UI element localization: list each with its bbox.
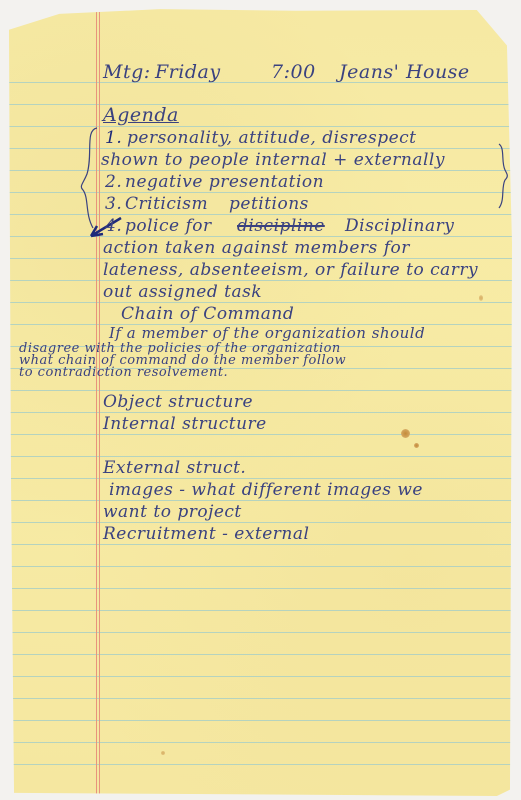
external-project-line: want to project: [103, 504, 242, 521]
ruled-line: [9, 742, 512, 743]
ruled-line: [9, 258, 512, 259]
ruled-line: [9, 698, 512, 699]
ruled-line: [9, 456, 512, 457]
ruled-line: [9, 412, 512, 413]
ruled-line: [9, 522, 512, 523]
agenda-item-4-struck-word: discipline: [237, 218, 325, 235]
ruled-line: [9, 236, 512, 237]
ruled-line: [9, 104, 512, 105]
agenda-item-3-number: 3.: [105, 196, 122, 213]
agenda-item-3-text-b: petitions: [229, 196, 309, 213]
object-structure: Object structure: [103, 394, 253, 411]
ruled-line: [9, 302, 512, 303]
agenda-item-4-text: police for: [125, 218, 212, 235]
stain: [414, 443, 419, 448]
ruled-line: [9, 654, 512, 655]
ruled-line: [9, 544, 512, 545]
ruled-line: [9, 566, 512, 567]
agenda-item-1-text: personality, attitude, disrespect: [127, 130, 417, 147]
agenda-item-2-text: negative presentation: [125, 174, 324, 191]
meeting-label: Mtg:: [103, 63, 151, 82]
ruled-line: [9, 434, 512, 435]
external-structure-heading: External struct.: [103, 460, 246, 477]
chain-of-command-heading: Chain of Command: [121, 306, 294, 323]
external-images-line: images - what different images we: [109, 482, 423, 499]
ruled-line: [9, 764, 512, 765]
ruled-line: [9, 632, 512, 633]
ruled-line: [9, 720, 512, 721]
agenda-item-4-line-4: out assigned task: [103, 284, 262, 301]
agenda-item-4-line-3: lateness, absenteeism, or failure to car…: [103, 262, 478, 279]
agenda-item-4-number: 4.: [105, 218, 122, 235]
chain-of-command-line-1: If a member of the organization should: [109, 326, 425, 341]
chain-of-command-line-4: to contradiction resolvement.: [19, 366, 228, 379]
ruled-line: [9, 390, 512, 391]
ruled-line: [9, 478, 512, 479]
stain: [479, 295, 483, 301]
ruled-line: [9, 500, 512, 501]
meeting-time: 7:00: [271, 63, 316, 82]
meeting-location: Jeans' House: [339, 63, 470, 82]
internal-structure: Internal structure: [103, 416, 267, 433]
meeting-day: Friday: [155, 63, 221, 82]
right-brace-mark: [497, 142, 511, 212]
agenda-item-2-number: 2.: [105, 174, 122, 191]
agenda-item-1-text-cont: shown to people internal + externally: [101, 152, 445, 169]
legal-pad-page: Mtg: Friday 7:00 Jeans' House Agenda 1. …: [9, 6, 512, 796]
agenda-item-4-text-c: Disciplinary: [345, 218, 454, 235]
agenda-item-3-text: Criticism: [125, 196, 208, 213]
ruled-line: [9, 588, 512, 589]
recruitment-line: Recruitment - external: [103, 526, 309, 543]
agenda-item-1-number: 1.: [105, 130, 122, 147]
ruled-line: [9, 676, 512, 677]
stain: [401, 429, 410, 438]
ruled-line: [9, 280, 512, 281]
stain: [161, 751, 165, 755]
agenda-item-4-line-2: action taken against members for: [103, 240, 410, 257]
agenda-title: Agenda: [103, 106, 179, 125]
ruled-line: [9, 610, 512, 611]
